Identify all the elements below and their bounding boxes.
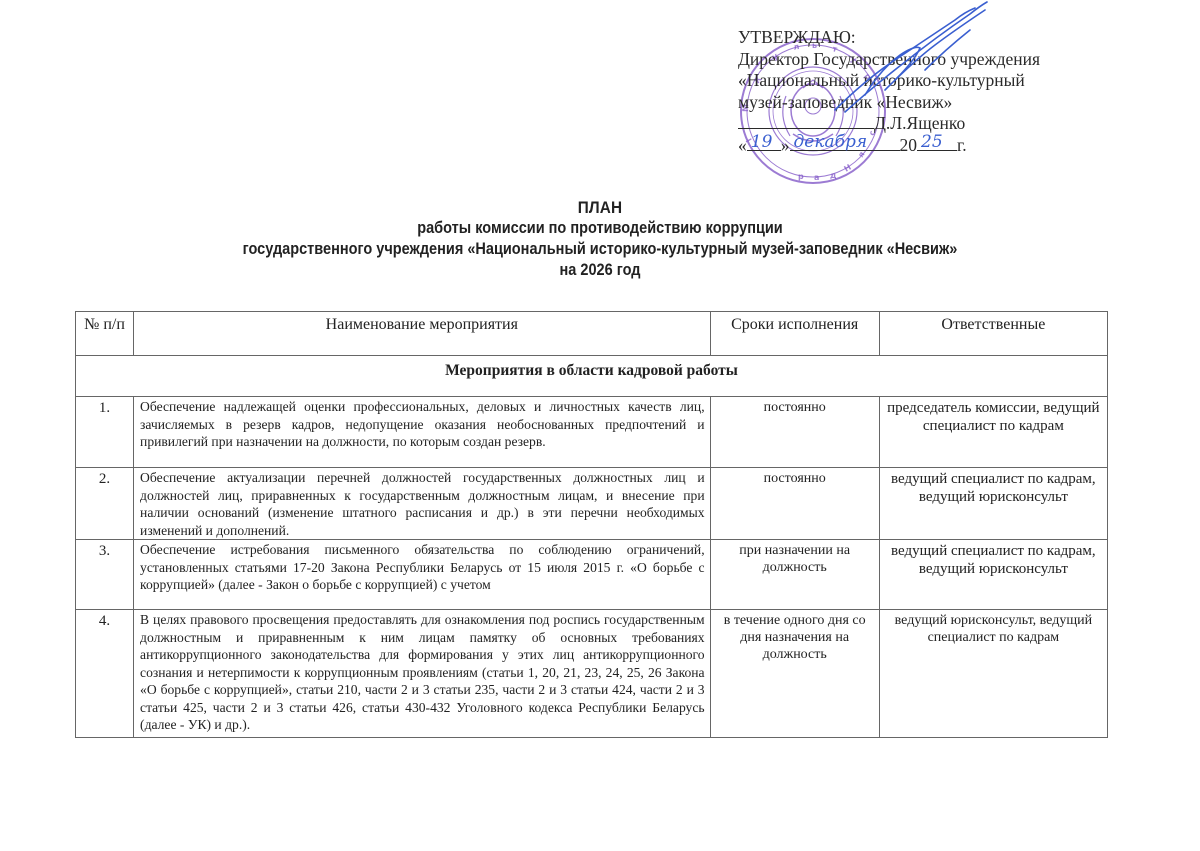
row-responsible: ведущий юрисконсульт, ведущий специалист… — [879, 610, 1107, 738]
date-month-handwritten: декабря — [794, 134, 868, 151]
approval-position-line-1: Директор Государственного учреждения — [738, 49, 1118, 71]
date-open-quote: « — [738, 135, 747, 155]
row-responsible: ведущий специалист по кадрам, ведущий юр… — [879, 540, 1107, 610]
table-row: 4. В целях правового просвещения предост… — [76, 610, 1108, 738]
plan-table: № п/п Наименование мероприятия Сроки исп… — [75, 311, 1108, 738]
approval-signatory: Д.Л.Ященко — [874, 113, 965, 133]
table-row: 2. Обеспечение актуализации перечней дол… — [76, 468, 1108, 540]
section-row: Мероприятия в области кадровой работы — [76, 356, 1108, 397]
date-close-quote: » — [781, 135, 790, 155]
row-term: постоянно — [710, 397, 879, 468]
title-line-4: на 2026 год — [72, 260, 1128, 281]
header-name: Наименование мероприятия — [134, 312, 711, 356]
row-term: постоянно — [710, 468, 879, 540]
table-header-row: № п/п Наименование мероприятия Сроки исп… — [76, 312, 1108, 356]
row-num: 4. — [76, 610, 134, 738]
table-row: 3. Обеспечение истребования письменного … — [76, 540, 1108, 610]
approval-heading: УТВЕРЖДАЮ: — [738, 27, 1118, 49]
row-num: 3. — [76, 540, 134, 610]
row-num: 2. — [76, 468, 134, 540]
svg-text:а: а — [814, 173, 819, 182]
row-name: В целях правового просвещения предоставл… — [134, 610, 711, 738]
signature-blank — [738, 113, 874, 129]
date-month-blank: декабря — [790, 135, 900, 151]
title-line-2: работы комиссии по противодействию корру… — [72, 218, 1128, 239]
date-year-prefix: 20 — [900, 135, 918, 155]
date-day-blank: 19 — [747, 135, 781, 151]
row-name: Обеспечение истребования письменного обя… — [134, 540, 711, 610]
row-term: в течение одного дня со дня назначения н… — [710, 610, 879, 738]
svg-text:Н: Н — [843, 163, 853, 174]
title-line-3: государственного учреждения «Национальны… — [72, 239, 1128, 260]
approval-date-line: «19»декабря2025г. — [738, 135, 1118, 157]
approval-position-line-3: музей-заповедник «Несвиж» — [738, 92, 1118, 114]
row-name: Обеспечение актуализации перечней должно… — [134, 468, 711, 540]
row-responsible: председатель комиссии, ведущий специалис… — [879, 397, 1107, 468]
approval-position-line-2: «Национальный историко-культурный — [738, 70, 1118, 92]
header-responsible: Ответственные — [879, 312, 1107, 356]
header-num: № п/п — [76, 312, 134, 356]
date-suffix: г. — [957, 135, 967, 155]
document-title: ПЛАН работы комиссии по противодействию … — [0, 197, 1200, 281]
row-name: Обеспечение надлежащей оценки профессион… — [134, 397, 711, 468]
table-row: 1. Обеспечение надлежащей оценки професс… — [76, 397, 1108, 468]
date-year-handwritten: 25 — [921, 134, 943, 151]
svg-text:р: р — [798, 172, 804, 181]
section-title: Мероприятия в области кадровой работы — [76, 356, 1108, 397]
title-line-1: ПЛАН — [60, 197, 1140, 218]
row-term: при назначении на должность — [710, 540, 879, 610]
header-term: Сроки исполнения — [710, 312, 879, 356]
date-year-blank: 25 — [917, 135, 957, 151]
row-num: 1. — [76, 397, 134, 468]
approval-block: УТВЕРЖДАЮ: Директор Государственного учр… — [738, 27, 1118, 156]
row-responsible: ведущий специалист по кадрам, ведущий юр… — [879, 468, 1107, 540]
date-day-handwritten: 19 — [751, 134, 773, 151]
svg-text:д: д — [830, 171, 837, 180]
